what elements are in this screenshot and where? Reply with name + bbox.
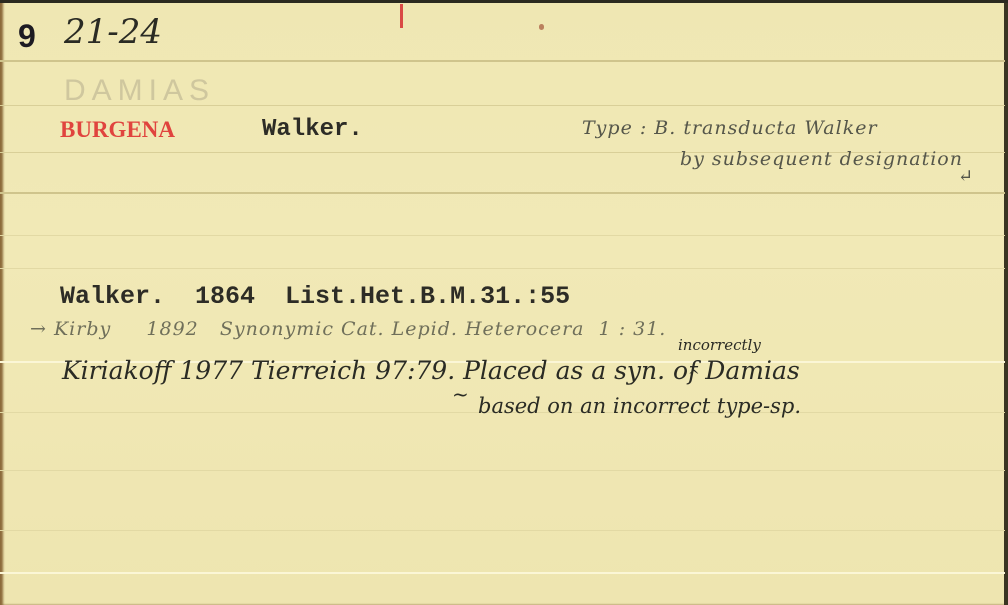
ruled-line [0,470,1005,471]
drawer-number: 9 [18,18,36,55]
underline-mark-icon: ~ [452,382,469,406]
insertion-caret-icon: ^ [688,368,700,384]
ruled-line [0,192,1005,194]
return-arrow-icon: ↵ [958,166,973,187]
type-note-line2: by subsequent designation [680,148,963,170]
index-card: 9 21-24 DAMIAS BURGENA Walker. Type : B.… [0,0,1008,605]
citation-pencil: → Kirby 1892 Synonymic Cat. Lepid. Heter… [30,318,666,340]
ghost-erased-text: DAMIAS [64,74,215,108]
ruled-line [0,60,1005,62]
genus-name: BURGENA [60,117,175,143]
genus-author: Walker. [262,116,363,143]
ruled-line [0,572,1005,574]
citation-typed: Walker. 1864 List.Het.B.M.31.:55 [60,282,570,311]
insertion-above: incorrectly [678,336,761,354]
ruled-line [0,530,1005,531]
stain-speck [539,24,544,30]
ruled-line [0,268,1005,269]
reference-number: 21-24 [64,12,162,52]
ruled-line [0,235,1005,236]
red-tab-mark [400,4,403,28]
citation-continuation: based on an incorrect type-sp. [478,394,801,418]
type-note-line1: Type : B. transducta Walker [582,117,878,139]
